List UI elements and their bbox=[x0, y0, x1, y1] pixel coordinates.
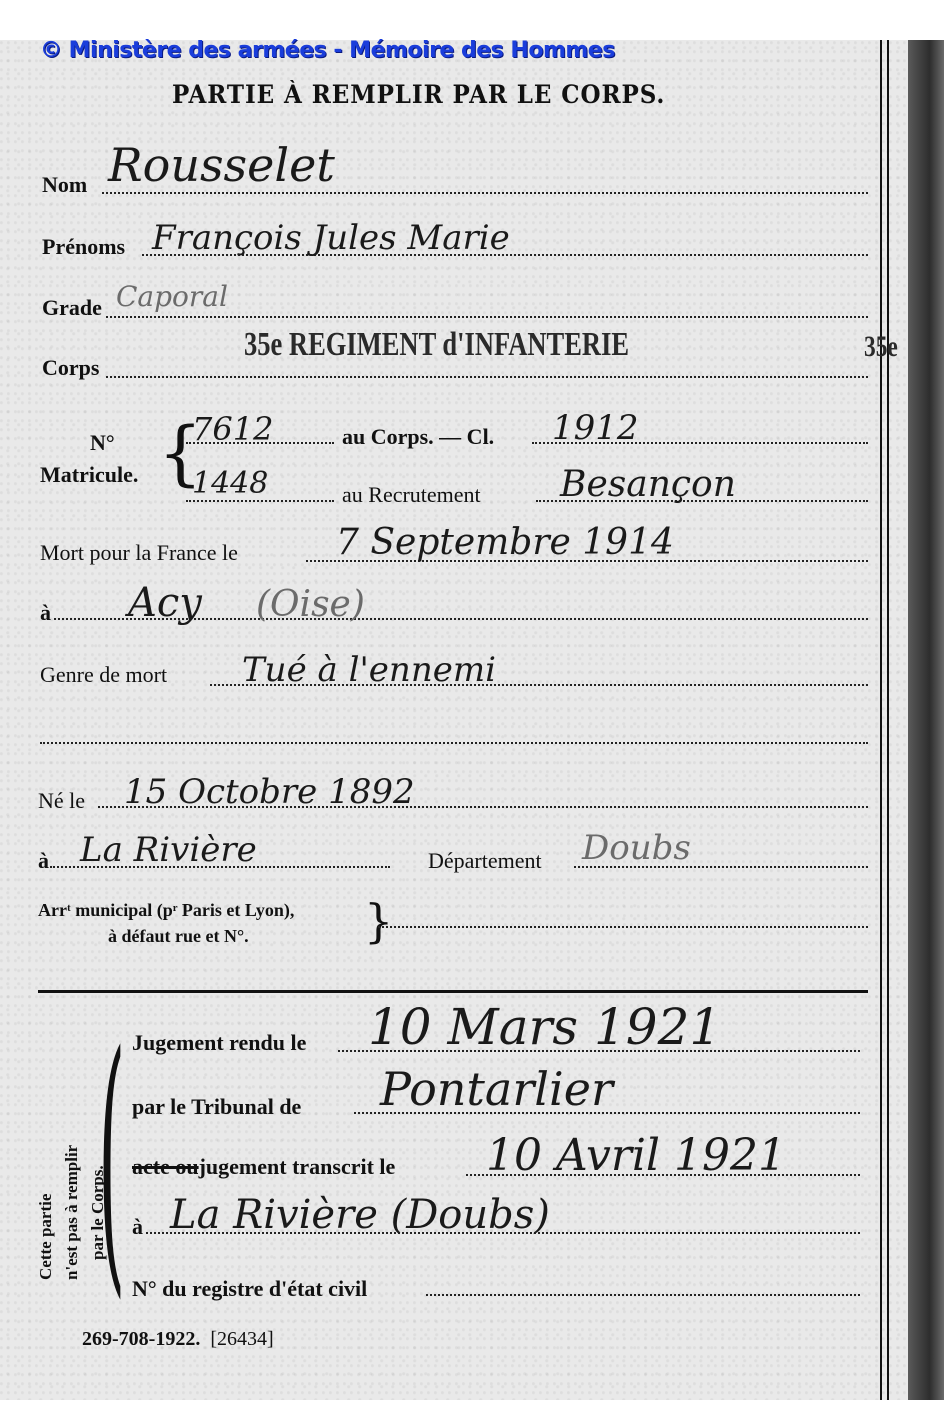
side-note-line2: n'est pas à remplir bbox=[62, 1145, 82, 1280]
registre-line bbox=[426, 1294, 860, 1296]
section-divider bbox=[38, 990, 868, 993]
au-recrutement-label: au Recrutement bbox=[342, 482, 481, 508]
classe-value: 1912 bbox=[552, 408, 639, 448]
corps-label: Corps bbox=[42, 355, 99, 381]
ne-le-value: 15 Octobre 1892 bbox=[124, 772, 415, 812]
au-corps-label: au Corps. — Cl. bbox=[342, 424, 494, 450]
genre-de-mort-value: Tué à l'ennemi bbox=[242, 650, 496, 690]
arrondissement-label-line1: Arrᵗ municipal (pʳ Paris et Lyon), bbox=[38, 900, 294, 921]
arrondissement-line bbox=[378, 926, 868, 928]
regiment-stamp: 35e REGIMENT d'INFANTERIE bbox=[244, 326, 629, 364]
ne-le-label: Né le bbox=[38, 788, 85, 814]
nom-line bbox=[102, 192, 868, 194]
side-note-line1: Cette partie bbox=[36, 1194, 56, 1280]
tribunal-label: par le Tribunal de bbox=[132, 1094, 301, 1120]
lieu-deces-label: à bbox=[40, 600, 51, 626]
matricule-label: Matricule. bbox=[40, 462, 138, 488]
recrutement-number-line bbox=[186, 500, 334, 502]
arrondissement-brace: } bbox=[364, 898, 393, 944]
margin-rule bbox=[887, 40, 889, 1400]
prenoms-label: Prénoms bbox=[42, 234, 125, 260]
lieu-deces-value: Acy bbox=[128, 580, 202, 626]
jugement-rendu-label: Jugement rendu le bbox=[132, 1030, 306, 1056]
departement-value: Doubs bbox=[582, 828, 691, 868]
lieu-deces-note: (Oise) bbox=[256, 584, 365, 625]
blank-line bbox=[40, 742, 868, 744]
copyright-watermark: © Ministère des armées - Mémoire des Hom… bbox=[40, 38, 615, 63]
numero-label: N° bbox=[90, 430, 115, 456]
arrondissement-label-line2: à défaut rue et N°. bbox=[108, 926, 249, 947]
prenoms-value: François Jules Marie bbox=[152, 218, 510, 258]
transcrit-text: jugement transcrit le bbox=[199, 1154, 396, 1179]
tribunal-value: Pontarlier bbox=[380, 1062, 613, 1116]
registre-label: N° du registre d'état civil bbox=[132, 1276, 367, 1302]
transcrit-value: 10 Avril 1921 bbox=[486, 1130, 786, 1181]
nom-label: Nom bbox=[42, 172, 87, 198]
grade-label: Grade bbox=[42, 295, 102, 321]
recrutement-number-value: 1448 bbox=[192, 466, 268, 501]
genre-de-mort-label: Genre de mort bbox=[40, 662, 167, 688]
transcription-lieu-value: La Rivière (Doubs) bbox=[170, 1192, 550, 1238]
form-title: PARTIE À REMPLIR PAR LE CORPS. bbox=[172, 80, 665, 109]
struck-text: acte ou bbox=[132, 1154, 199, 1179]
judgement-brace: ( bbox=[98, 1020, 125, 1300]
print-reference: 269-708-1922. [26434] bbox=[82, 1328, 274, 1351]
jugement-rendu-value: 10 Mars 1921 bbox=[368, 998, 721, 1056]
form-number: [26434] bbox=[210, 1328, 273, 1350]
edge-stamp: 35e bbox=[864, 330, 898, 364]
grade-line bbox=[106, 316, 868, 318]
departement-label: Département bbox=[428, 848, 542, 874]
grade-value: Caporal bbox=[116, 280, 228, 313]
corps-number-line bbox=[186, 442, 334, 444]
mort-pour-la-france-value: 7 Septembre 1914 bbox=[336, 522, 674, 563]
corps-line bbox=[106, 376, 868, 378]
margin-rule bbox=[880, 40, 882, 1400]
lieu-naissance-value: La Rivière bbox=[80, 830, 257, 870]
recrutement-value: Besançon bbox=[560, 464, 736, 505]
page-edge-shadow bbox=[908, 40, 944, 1400]
mort-pour-la-france-label: Mort pour la France le bbox=[40, 540, 238, 566]
nom-value: Rousselet bbox=[108, 138, 335, 192]
transcrit-label: acte oujugement transcrit le bbox=[132, 1154, 395, 1180]
transcription-lieu-label: à bbox=[132, 1214, 143, 1240]
print-ref: 269-708-1922. bbox=[82, 1328, 200, 1350]
lieu-naissance-label: à bbox=[38, 848, 49, 874]
